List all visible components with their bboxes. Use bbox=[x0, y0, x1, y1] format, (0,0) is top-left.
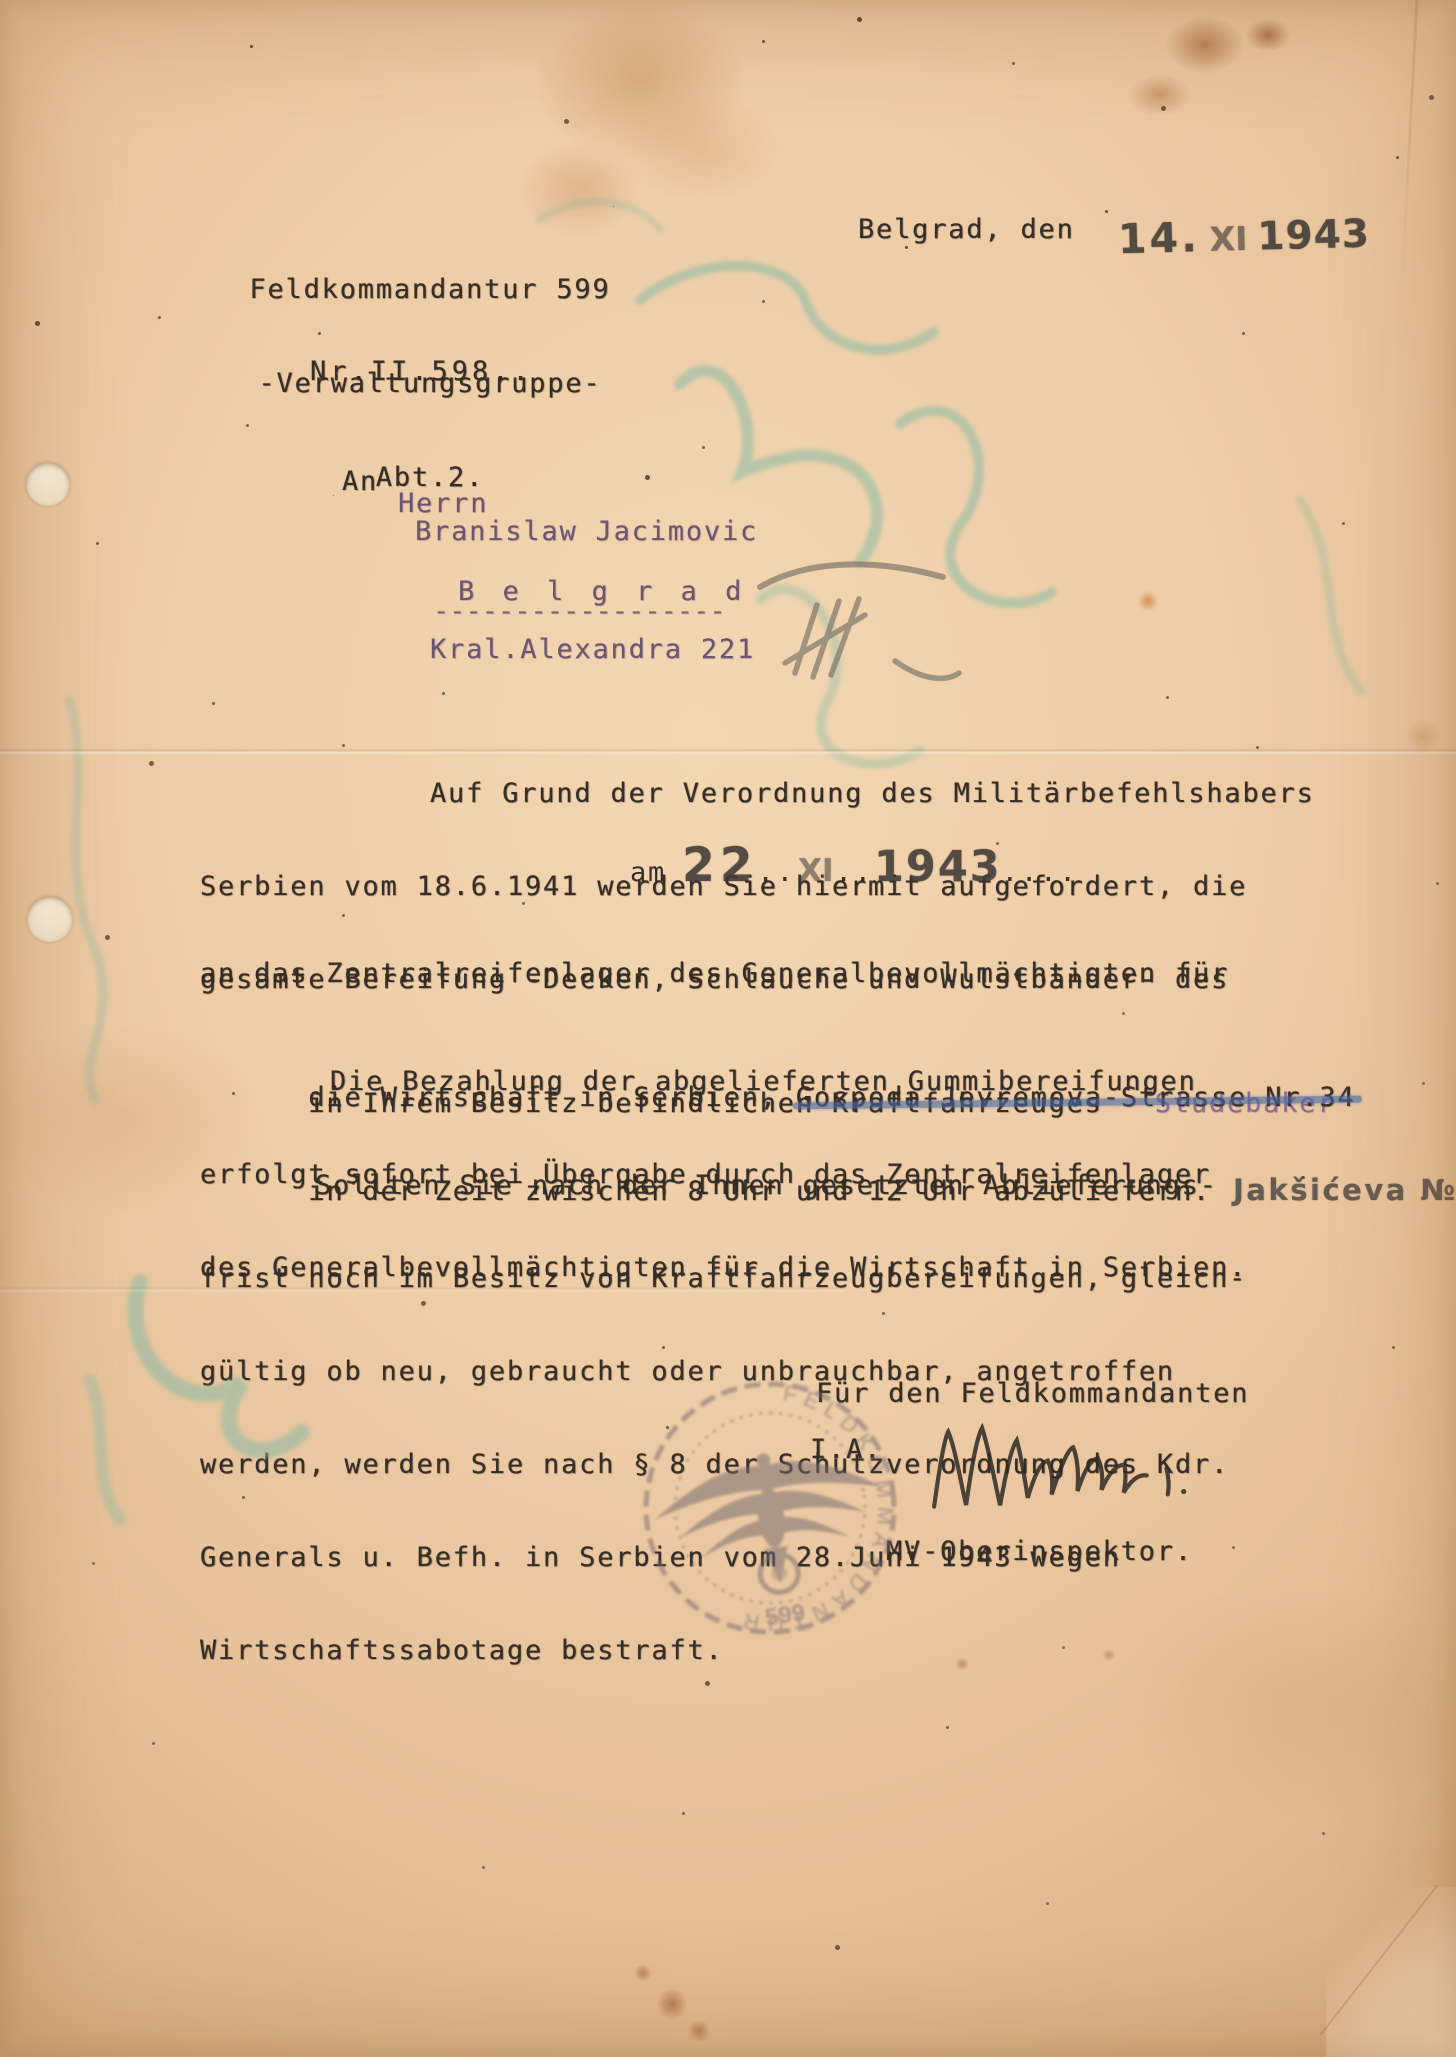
due-day-stamp: 22 bbox=[682, 838, 757, 893]
paper-speckles bbox=[0, 0, 3, 3]
body-line: Die Bezahlung der abgelieferten Gummiber… bbox=[200, 1066, 1247, 1097]
sender-line: Feldkommandantur 599 bbox=[248, 274, 612, 306]
punch-hole bbox=[26, 462, 70, 506]
signature bbox=[917, 1391, 1203, 1535]
typed-dots: .. bbox=[758, 857, 797, 888]
date-stamp-month: XI bbox=[1209, 219, 1248, 259]
corner-crease bbox=[1320, 1885, 1439, 2036]
official-seal: FELDKOMMANDANTUR 599 bbox=[612, 1350, 928, 1666]
new-address-stamp: Jakšićeva №9 bbox=[1233, 1173, 1456, 1207]
body-line: an das Zentralreifenlager des Generalbev… bbox=[200, 958, 1456, 989]
city-underline: ------------------ bbox=[433, 596, 726, 627]
dateline-label: Belgrad, den bbox=[858, 214, 1075, 245]
body-line: Sollten Sie nach der Ihnen gesetzten Abl… bbox=[200, 1170, 1247, 1201]
recipient-an: An bbox=[342, 466, 378, 497]
edge-crease bbox=[1400, 0, 1419, 292]
punch-hole bbox=[27, 896, 73, 942]
typed-dots: .... bbox=[1002, 857, 1079, 888]
date-stamp-day: 14. bbox=[1117, 213, 1200, 263]
closing-title: MV-Oberinspektor. bbox=[886, 1536, 1193, 1567]
typed-dots: .. bbox=[835, 857, 874, 888]
due-prefix: am bbox=[630, 857, 666, 888]
body-line: Auf Grund der Verordnung des Militärbefe… bbox=[200, 778, 1335, 809]
recipient-name: Branislaw Jacimovic bbox=[415, 516, 758, 547]
reference-number: Nr.II.598.. bbox=[310, 356, 533, 387]
body-line: frist noch im Besitz von Kraftfahrzeugbe… bbox=[200, 1263, 1247, 1294]
date-stamp-year: 1943 bbox=[1257, 212, 1371, 260]
date-stamp: 14. XI 1943 bbox=[1117, 209, 1370, 264]
pencil-tally-mark bbox=[745, 545, 965, 695]
recipient-street: Kral.Alexandra 221 bbox=[430, 634, 755, 665]
scanned-letter: Feldkommandantur 599 -Verwaltungsgruppe-… bbox=[0, 0, 1456, 2057]
seal-number: 599 bbox=[763, 1599, 806, 1631]
due-date-line: am 22 .. XI .. 1943 .... bbox=[630, 838, 1079, 893]
recipient-honorific: Herrn bbox=[398, 488, 488, 519]
due-month-stamp: XI bbox=[798, 853, 833, 889]
corner-tear bbox=[1326, 1887, 1456, 2057]
due-year-stamp: 1943 bbox=[874, 842, 1002, 892]
